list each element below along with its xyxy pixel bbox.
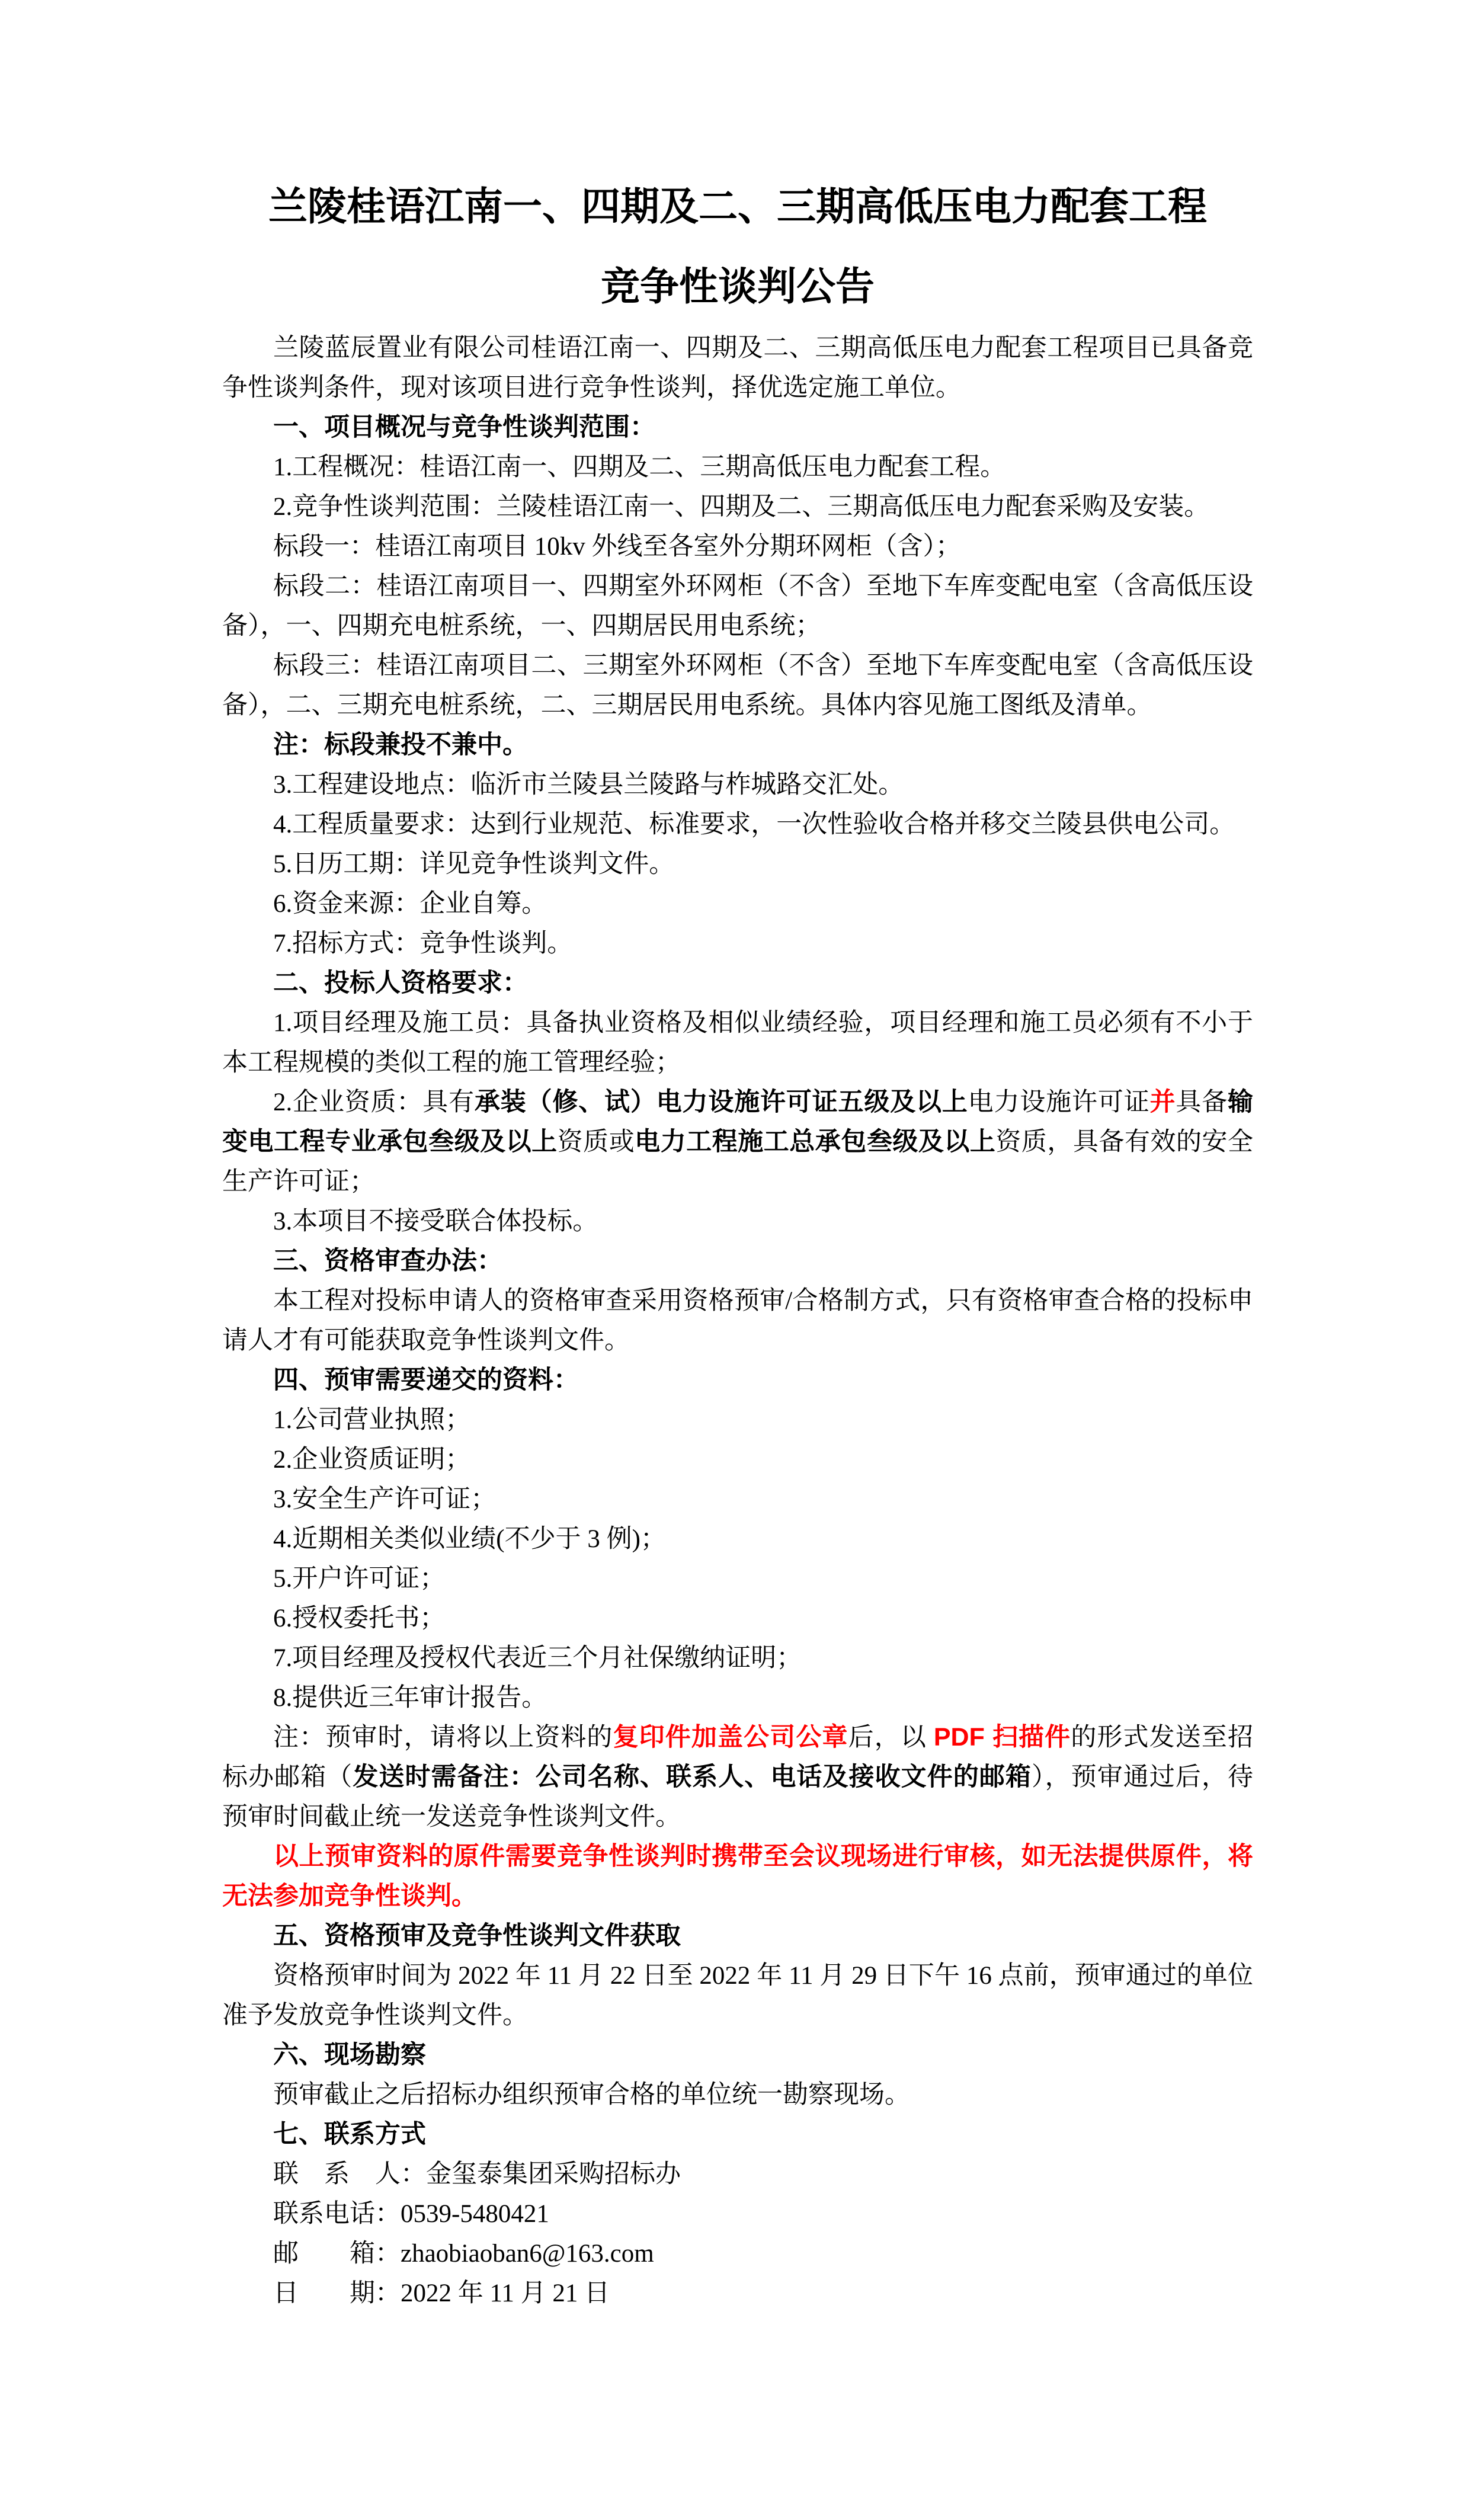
text-segment: 5.开户许可证； — [273, 1565, 445, 1593]
text-segment: 3.安全生产许可证； — [273, 1485, 496, 1513]
text-segment: 发送时需备注：公司名称、联系人、电话及接收文件的邮箱 — [353, 1763, 1032, 1791]
text-segment: 五、资格预审及竞争性谈判文件获取 — [273, 1922, 681, 1950]
tender-method: 7.招标方式：竞争性谈判。 — [222, 924, 1253, 963]
text-segment: 4.近期相关类似业绩(不少于 3 例)； — [273, 1525, 666, 1553]
quality-requirement: 4.工程质量要求：达到行业规范、标准要求，一次性验收合格并移交兰陵县供电公司。 — [222, 805, 1253, 844]
text-segment: 6.资金来源：企业自筹。 — [273, 890, 547, 918]
section-6-heading: 六、现场勘察 — [222, 2035, 1253, 2075]
text-segment: 并 — [1150, 1088, 1176, 1116]
text-segment: 六、现场勘察 — [273, 2041, 426, 2069]
section-2-heading: 二、投标人资格要求： — [222, 963, 1253, 1003]
text-segment: 资格预审时间为 2022 年 11 月 22 日至 2022 年 11 月 29… — [222, 1962, 1253, 2029]
text-segment: 标段三：桂语江南项目二、三期室外环网柜（不含）至地下车库变配电室（含高低压设备）… — [222, 652, 1253, 719]
qualification-personnel: 1.项目经理及施工员：具备执业资格及相似业绩经验，项目经理和施工员必须有不小于本… — [222, 1003, 1253, 1083]
contact-phone-line: 联系电话：0539-5480421 — [222, 2194, 1253, 2234]
material-3: 3.安全生产许可证； — [222, 1480, 1253, 1519]
document-title-line-1: 兰陵桂语江南一、四期及二、三期高低压电力配套工程 — [222, 0, 1253, 239]
text-segment: 联系电话：0539-5480421 — [273, 2200, 549, 2228]
material-7: 7.项目经理及授权代表近三个月社保缴纳证明； — [222, 1638, 1253, 1678]
text-segment: 复印件加盖公司公章 — [613, 1723, 848, 1751]
bid-lot-1: 标段一：桂语江南项目 10kv 外线至各室外分期环网柜（含）； — [222, 527, 1253, 566]
document-title-line-2: 竞争性谈判公告 — [222, 254, 1253, 319]
text-segment: 联 系 人：金玺泰集团采购招标办 — [273, 2160, 681, 2188]
text-segment: 预审截止之后招标办组织预审合格的单位统一勘察现场。 — [273, 2081, 910, 2109]
site-survey: 预审截止之后招标办组织预审合格的单位统一勘察现场。 — [222, 2075, 1253, 2115]
text-segment: 四、预审需要递交的资料： — [273, 1366, 579, 1394]
text-segment: PDF 扫描件 — [934, 1723, 1071, 1751]
bid-lot-3: 标段三：桂语江南项目二、三期室外环网柜（不含）至地下车库变配电室（含高低压设备）… — [222, 646, 1253, 725]
material-2: 2.企业资质证明； — [222, 1440, 1253, 1480]
text-segment: 一、项目概况与竞争性谈判范围： — [273, 413, 655, 441]
text-segment: 资质或 — [558, 1128, 635, 1156]
contact-email-line: 邮 箱：zhaobiaoban6@163.com — [222, 2234, 1253, 2274]
text-segment: 3.工程建设地点：临沂市兰陵县兰陵路与柞城路交汇处。 — [273, 771, 904, 799]
section-4-heading: 四、预审需要递交的资料： — [222, 1360, 1253, 1400]
material-6: 6.授权委托书； — [222, 1599, 1253, 1638]
section-3-heading: 三、资格审查办法： — [222, 1241, 1253, 1281]
material-1: 1.公司营业执照； — [222, 1400, 1253, 1440]
document-body: 兰陵蓝辰置业有限公司桂语江南一、四期及二、三期高低压电力配套工程项目已具备竞争性… — [222, 328, 1253, 2313]
section-1-heading: 一、项目概况与竞争性谈判范围： — [222, 408, 1253, 447]
text-segment: 注：标段兼投不兼中。 — [273, 731, 528, 759]
bid-lot-2: 标段二：桂语江南项目一、四期室外环网柜（不含）至地下车库变配电室（含高低压设备）… — [222, 566, 1253, 646]
text-segment: 1.工程概况：桂语江南一、四期及二、三期高低压电力配套工程。 — [273, 453, 1005, 481]
text-segment: 邮 箱：zhaobiaoban6@163.com — [273, 2240, 654, 2268]
text-segment: 电力工程施工总承包叁级及以上 — [635, 1128, 995, 1156]
date-line: 日 期：2022 年 11 月 21 日 — [222, 2274, 1253, 2313]
text-segment: 5.日历工期：详见竞争性谈判文件。 — [273, 850, 674, 878]
project-overview: 1.工程概况：桂语江南一、四期及二、三期高低压电力配套工程。 — [222, 447, 1253, 487]
text-segment: 2.企业资质：具有 — [273, 1088, 475, 1116]
no-consortium: 3.本项目不接受联合体投标。 — [222, 1202, 1253, 1241]
text-segment: 6.授权委托书； — [273, 1605, 445, 1632]
text-segment: 后，以 — [848, 1724, 934, 1751]
construction-location: 3.工程建设地点：临沂市兰陵县兰陵路与柞城路交汇处。 — [222, 765, 1253, 805]
review-method: 本工程对投标申请人的资格审查采用资格预审/合格制方式，只有资格审查合格的投标申请… — [222, 1281, 1253, 1360]
text-segment: 三、资格审查办法： — [273, 1247, 502, 1275]
text-segment: 7.项目经理及授权代表近三个月社保缴纳证明； — [273, 1644, 802, 1672]
material-5: 5.开户许可证； — [222, 1559, 1253, 1599]
calendar-duration: 5.日历工期：详见竞争性谈判文件。 — [222, 844, 1253, 884]
text-segment: 具备 — [1176, 1088, 1228, 1116]
text-segment: 电力设施许可证 — [968, 1088, 1150, 1116]
negotiation-scope: 2.竞争性谈判范围：兰陵桂语江南一、四期及二、三期高低压电力配套采购及安装。 — [222, 487, 1253, 527]
text-segment: 2.竞争性谈判范围：兰陵桂语江南一、四期及二、三期高低压电力配套采购及安装。 — [273, 493, 1209, 521]
text-segment: 承装（修、试）电力设施许可证五级及以上 — [475, 1088, 968, 1116]
text-segment: 3.本项目不接受联合体投标。 — [273, 1208, 598, 1235]
fund-source: 6.资金来源：企业自筹。 — [222, 884, 1253, 924]
text-segment: 以上预审资料的原件需要竞争性谈判时携带至会议现场进行审核，如无法提供原件，将无法… — [222, 1842, 1253, 1910]
qualification-enterprise: 2.企业资质：具有承装（修、试）电力设施许可证五级及以上电力设施许可证并具备输变… — [222, 1083, 1253, 1202]
text-segment: 4.工程质量要求：达到行业规范、标准要求，一次性验收合格并移交兰陵县供电公司。 — [273, 811, 1235, 838]
text-segment: 8.提供近三年审计报告。 — [273, 1684, 547, 1712]
text-segment: 本工程对投标申请人的资格审查采用资格预审/合格制方式，只有资格审查合格的投标申请… — [222, 1287, 1253, 1355]
section-5-heading: 五、资格预审及竞争性谈判文件获取 — [222, 1916, 1253, 1956]
material-4: 4.近期相关类似业绩(不少于 3 例)； — [222, 1519, 1253, 1559]
text-segment: 日 期：2022 年 11 月 21 日 — [273, 2279, 610, 2307]
document-content: 兰陵桂语江南一、四期及二、三期高低压电力配套工程 竞争性谈判公告 兰陵蓝辰置业有… — [222, 0, 1253, 2313]
material-8: 8.提供近三年审计报告。 — [222, 1678, 1253, 1718]
text-segment: 2.企业资质证明； — [273, 1446, 470, 1474]
prequalification-note: 注：预审时，请将以上资料的复印件加盖公司公章后，以 PDF 扫描件的形式发送至招… — [222, 1718, 1253, 1837]
text-segment: 标段一：桂语江南项目 10kv 外线至各室外分期环网柜（含）； — [273, 533, 961, 561]
prequalification-time: 资格预审时间为 2022 年 11 月 22 日至 2022 年 11 月 29… — [222, 1956, 1253, 2035]
text-segment: 标段二：桂语江南项目一、四期室外环网柜（不含）至地下车库变配电室（含高低压设备）… — [222, 572, 1253, 640]
bid-lot-note: 注：标段兼投不兼中。 — [222, 725, 1253, 765]
intro-paragraph: 兰陵蓝辰置业有限公司桂语江南一、四期及二、三期高低压电力配套工程项目已具备竞争性… — [222, 328, 1253, 408]
text-segment: 兰陵蓝辰置业有限公司桂语江南一、四期及二、三期高低压电力配套工程项目已具备竞争性… — [222, 334, 1253, 402]
text-segment: 7.招标方式：竞争性谈判。 — [273, 930, 572, 958]
text-segment: 二、投标人资格要求： — [273, 969, 528, 997]
contact-person-line: 联 系 人：金玺泰集团采购招标办 — [222, 2154, 1253, 2194]
text-segment: 1.公司营业执照； — [273, 1406, 470, 1434]
text-segment: 七、联系方式 — [273, 2120, 426, 2148]
announcement-page: 兰陵桂语江南一、四期及二、三期高低压电力配套工程 竞争性谈判公告 兰陵蓝辰置业有… — [0, 0, 1470, 2520]
text-segment: 注：预审时，请将以上资料的 — [273, 1724, 613, 1751]
section-7-heading: 七、联系方式 — [222, 2115, 1253, 2154]
text-segment: 1.项目经理及施工员：具备执业资格及相似业绩经验，项目经理和施工员必须有不小于本… — [222, 1009, 1253, 1077]
original-documents-warning: 以上预审资料的原件需要竞争性谈判时携带至会议现场进行审核，如无法提供原件，将无法… — [222, 1837, 1253, 1916]
